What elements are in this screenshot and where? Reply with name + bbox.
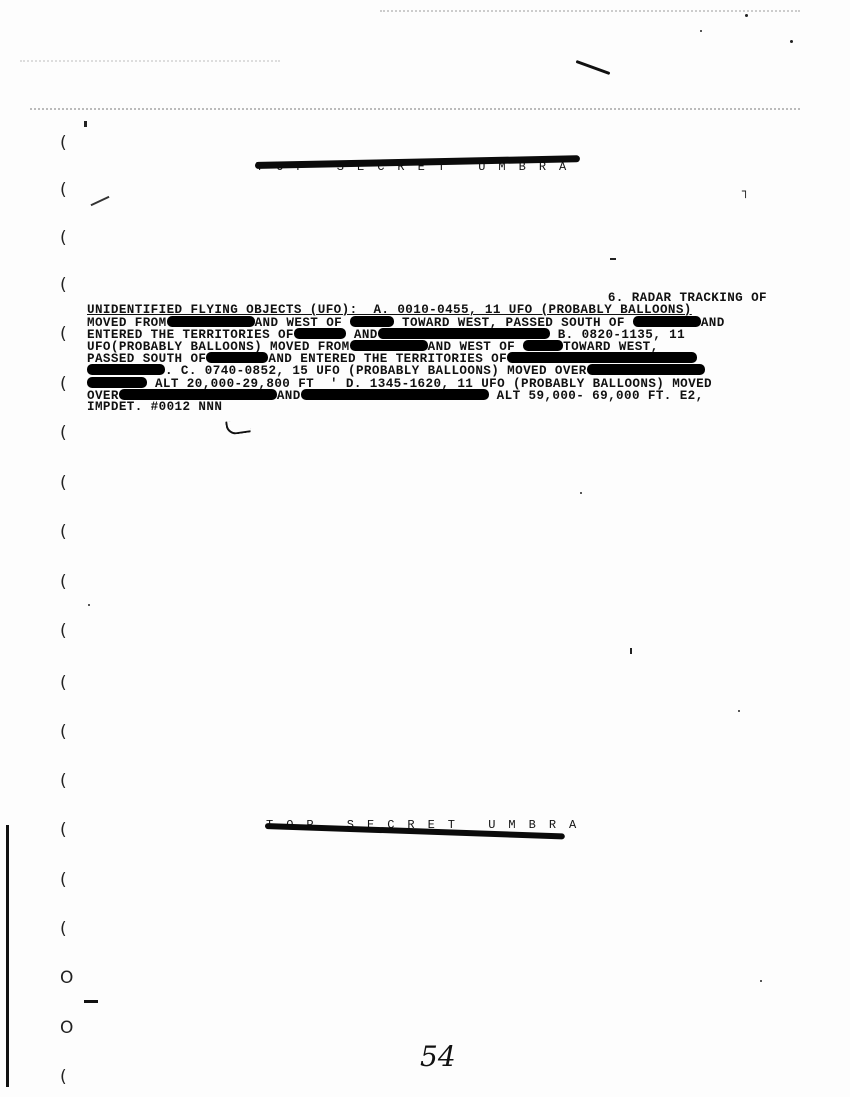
body-line: IMPDET. #0012 NNN: [87, 401, 767, 413]
scan-noise: [20, 60, 280, 64]
scan-noise: [760, 980, 762, 982]
redaction: [206, 352, 268, 363]
margin-edge-line: [6, 825, 9, 1087]
scanned-document-page: ( ( ( ( ( ( ( ( ( ( ( ( ( ( ( ( ( O O ( …: [0, 0, 850, 1097]
punch-hole-mark: (: [60, 574, 67, 591]
punch-hole-mark: O: [60, 1020, 73, 1037]
scan-noise: [610, 258, 616, 260]
scan-noise: [84, 121, 87, 127]
punch-hole-mark: (: [60, 277, 67, 294]
redaction: [87, 364, 165, 375]
scan-noise: [790, 40, 793, 43]
punch-hole-mark: (: [60, 326, 67, 343]
body-line: UNIDENTIFIED FLYING OBJECTS (UFO): A. 00…: [87, 304, 767, 316]
redaction: [87, 377, 147, 388]
punch-hole-mark: (: [60, 135, 67, 152]
punch-hole-mark: (: [60, 872, 67, 889]
margin-mark: [84, 1000, 98, 1003]
punch-hole-mark: (: [60, 230, 67, 247]
scan-noise: [30, 108, 800, 112]
page-number: 54: [420, 1040, 456, 1073]
punch-hole-mark: (: [60, 475, 67, 492]
punch-hole-mark: (: [60, 822, 67, 839]
scan-noise: [580, 492, 582, 494]
scan-noise: [738, 710, 740, 712]
redaction: [507, 352, 697, 363]
punch-hole-mark: (: [60, 425, 67, 442]
redaction: [301, 389, 489, 400]
corner-mark: ┐: [742, 184, 749, 198]
body-line: MOVED FROMAND WEST OF TOWARD WEST, PASSE…: [87, 316, 767, 328]
body-line: UFO(PROBABLY BALLOONS) MOVED FROMAND WES…: [87, 340, 767, 352]
pen-mark: [91, 196, 110, 206]
message-body: 6. RADAR TRACKING OF UNIDENTIFIED FLYING…: [87, 296, 767, 413]
scan-noise: [88, 604, 90, 606]
redaction: [119, 389, 277, 400]
punch-hole-mark: O: [60, 970, 73, 987]
scan-noise: [380, 10, 800, 14]
redaction: [378, 328, 550, 339]
pen-mark: [576, 60, 611, 75]
subject-line: UNIDENTIFIED FLYING OBJECTS (UFO): A. 00…: [87, 303, 692, 317]
pen-mark: [225, 418, 251, 435]
redaction: [350, 340, 428, 351]
punch-hole-mark: (: [60, 921, 67, 938]
punch-hole-mark: (: [60, 773, 67, 790]
body-line: PASSED SOUTH OFAND ENTERED THE TERRITORI…: [87, 352, 767, 364]
redaction: [587, 364, 705, 375]
redaction: [633, 316, 701, 327]
redaction: [523, 340, 563, 351]
punch-hole-mark: (: [60, 623, 67, 640]
redaction: [294, 328, 346, 339]
punch-hole-mark: (: [60, 1069, 67, 1086]
scan-noise: [700, 30, 702, 32]
scan-noise: [630, 648, 632, 654]
scan-noise: [745, 14, 748, 17]
punch-hole-mark: (: [60, 182, 67, 199]
punch-hole-mark: (: [60, 675, 67, 692]
punch-hole-mark: (: [60, 724, 67, 741]
punch-hole-mark: (: [60, 376, 67, 393]
body-line: ENTERED THE TERRITORIES OF AND B. 0820-1…: [87, 328, 767, 340]
redaction: [350, 316, 394, 327]
body-line: ALT 20,000-29,800 FT ' D. 1345-1620, 11 …: [87, 377, 767, 389]
body-line: . C. 0740-0852, 15 UFO (PROBABLY BALLOON…: [87, 364, 767, 376]
redaction: [167, 316, 255, 327]
punch-hole-mark: (: [60, 524, 67, 541]
